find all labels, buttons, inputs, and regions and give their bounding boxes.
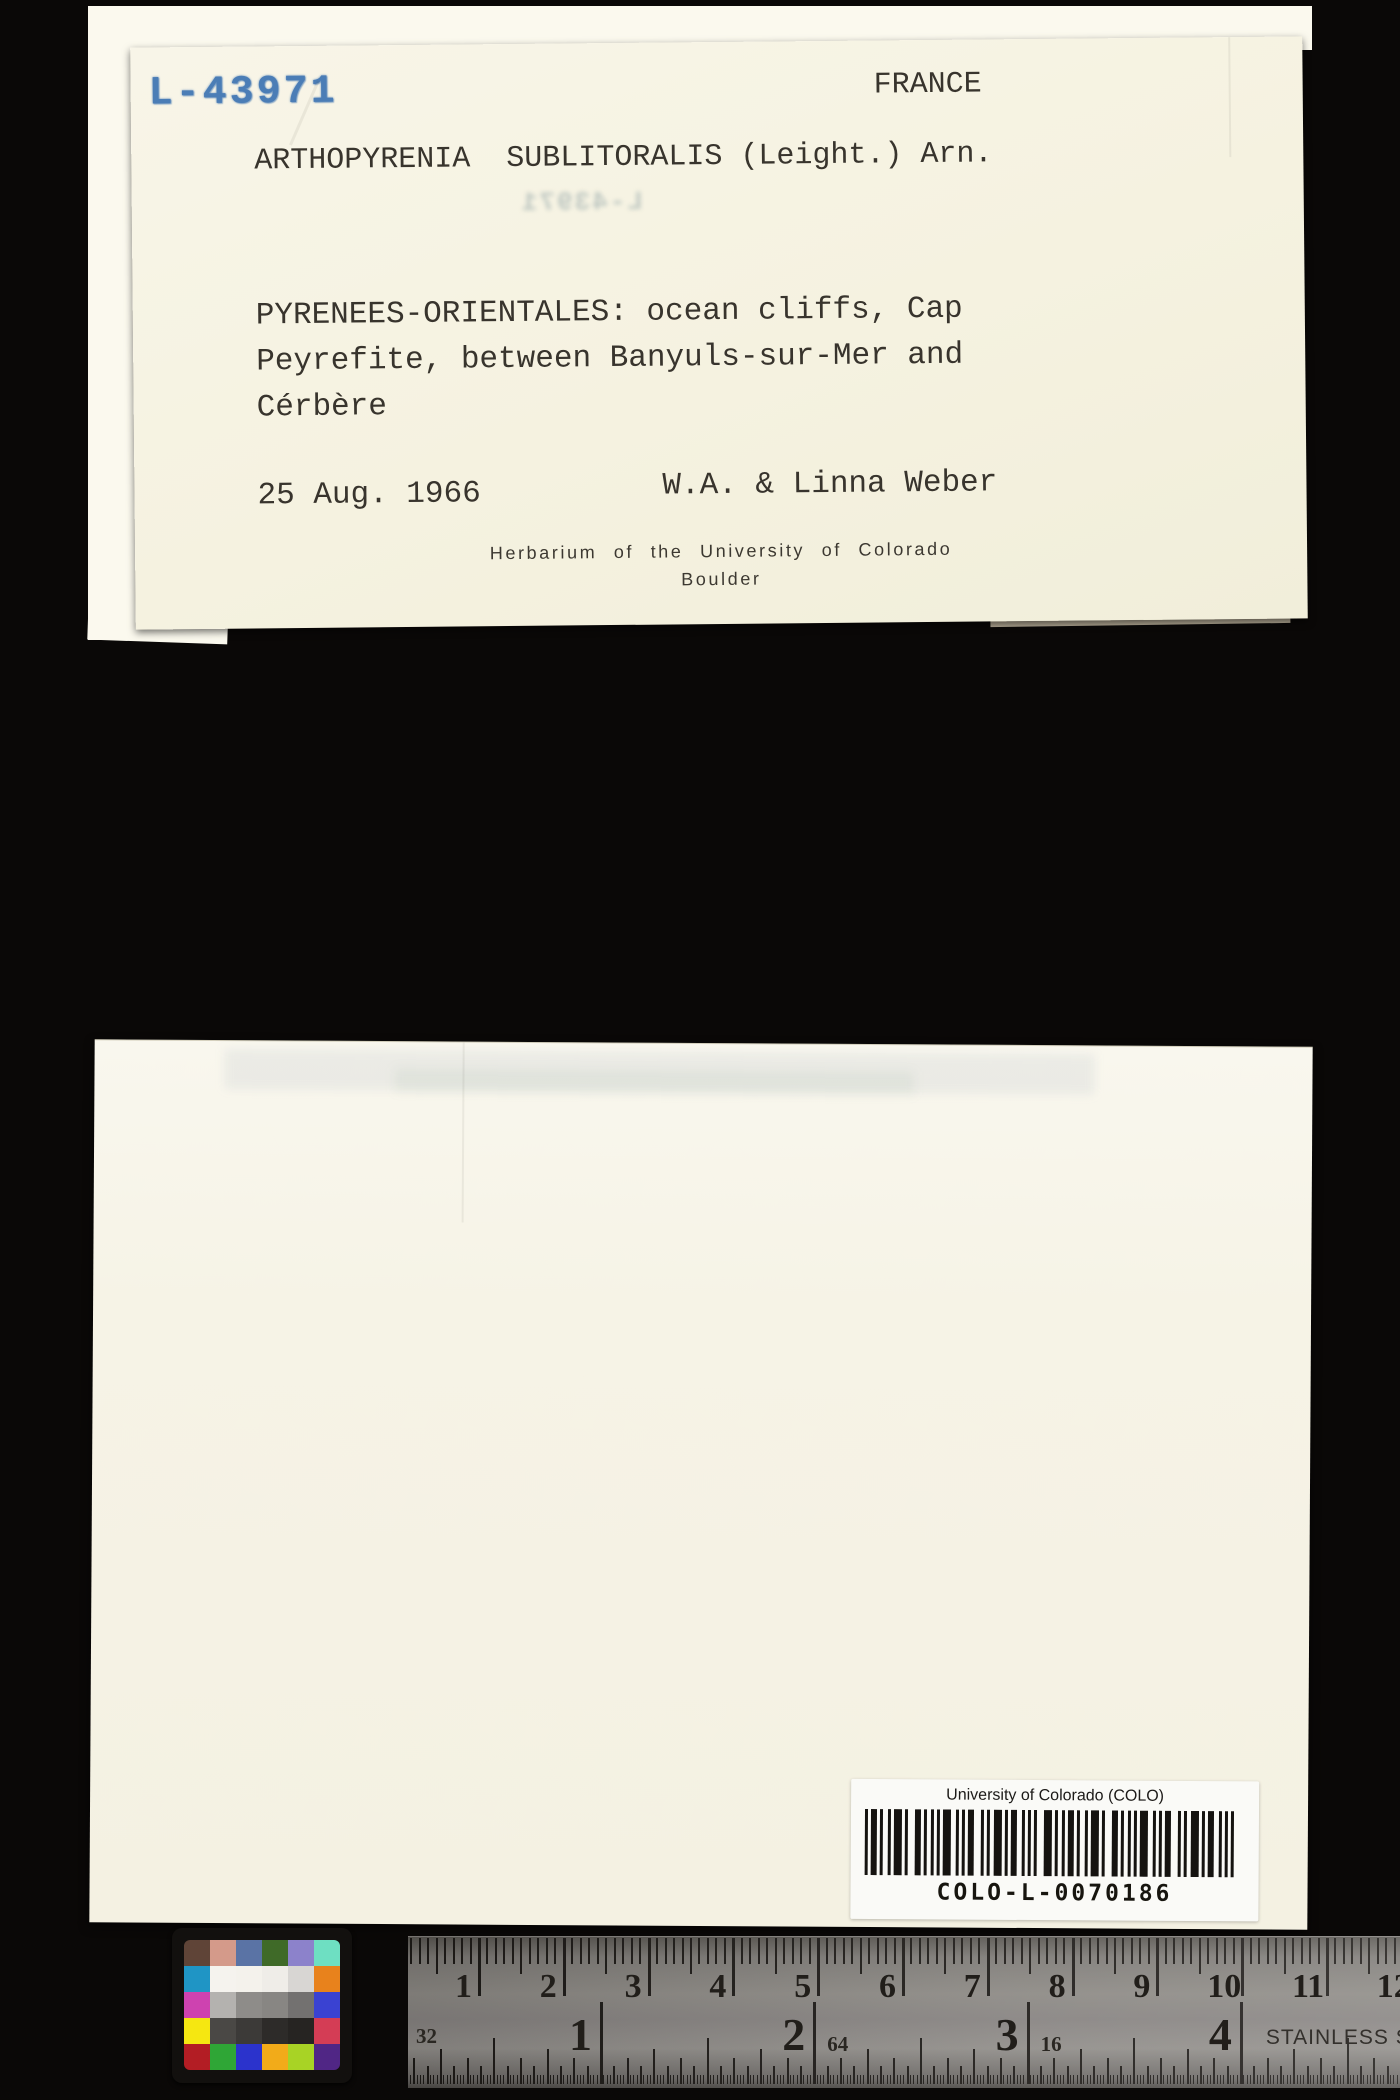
barcode-bar: [1011, 1810, 1017, 1876]
ruler-tick: [750, 2075, 751, 2084]
ruler-tick: [780, 2075, 781, 2084]
ruler-tick: [883, 2075, 884, 2084]
barcode-bar: [1159, 1811, 1162, 1877]
ruler-tick: [1292, 1938, 1294, 1964]
ruler-tick: [1139, 1938, 1141, 1964]
ruler-tick: [843, 2075, 844, 2084]
barcode-icon: [865, 1809, 1245, 1877]
ruler-tick: [893, 2058, 895, 2084]
ruler-tick: [860, 2075, 861, 2084]
ruler-tick: [663, 2075, 664, 2084]
steel-ruler: 1234567891011121234326416STAINLESS STEEL: [408, 1936, 1400, 2088]
barcode-bar: [1202, 1811, 1205, 1877]
ruler-tick: [837, 2075, 838, 2084]
ruler-tick: [1080, 2049, 1082, 2084]
ruler-tick: [1263, 2075, 1264, 2084]
ruler-tick: [967, 2075, 968, 2084]
ruler-tick: [867, 2049, 869, 2084]
barcode-bar: [968, 1810, 974, 1876]
barcode-bar: [1134, 1811, 1137, 1877]
ruler-tick: [1110, 2075, 1111, 2084]
barcode-bar: [981, 1810, 984, 1876]
ruler-tick: [1027, 2075, 1028, 2084]
ruler-tick: [1029, 1938, 1031, 1974]
ruler-tick: [677, 2075, 678, 2084]
ruler-tick: [1033, 2075, 1034, 2084]
ruler-tick: [1077, 2075, 1078, 2084]
ruler-tick: [840, 2075, 841, 2084]
color-patch: [236, 2044, 262, 2070]
ruler-tick: [851, 1938, 853, 1964]
ruler-tick: [593, 2075, 594, 2084]
ruler-tick: [607, 2075, 608, 2084]
ruler-tick: [503, 2075, 504, 2084]
ruler-tick: [843, 1938, 845, 1964]
ruler-tick: [1363, 2075, 1364, 2084]
ruler-tick: [1043, 2075, 1044, 2084]
ruler-cm-number: 4: [698, 1968, 726, 2006]
ruler-tick: [993, 2075, 994, 2084]
ruler-tick: [937, 2075, 938, 2084]
barcode-bar: [905, 1809, 908, 1875]
ruler-tick: [1097, 2075, 1098, 2084]
ruler-tick: [573, 2075, 574, 2084]
ruler-tick: [1017, 2075, 1018, 2084]
ruler-tick: [520, 2075, 521, 2084]
ruler-tick: [1350, 2075, 1351, 2084]
ruler-tick: [1050, 2075, 1051, 2084]
ruler-tick: [743, 2075, 744, 2084]
ruler-cm-number: 12: [1377, 1968, 1400, 2006]
ruler-tick: [419, 1938, 421, 1964]
ruler-tick: [1073, 2075, 1074, 2084]
ruler-tick: [1280, 2066, 1282, 2084]
ruler-tick: [1106, 1938, 1108, 1964]
ruler-tick: [775, 1938, 777, 1974]
ruler-tick: [461, 1938, 463, 1964]
barcode-bar: [956, 1810, 959, 1876]
ruler-tick: [1387, 2066, 1389, 2084]
barcode-bar: [962, 1810, 965, 1876]
ruler-tick: [1267, 1938, 1269, 1964]
ruler-fraction-label: 16: [1041, 2032, 1062, 2057]
ruler-tick: [637, 2075, 638, 2084]
ruler-tick: [603, 2075, 604, 2084]
ruler-tick: [847, 2075, 848, 2084]
ruler-tick: [1203, 2075, 1204, 2084]
ruler-tick: [530, 2075, 531, 2084]
barcode-bar: [943, 1809, 951, 1875]
ruler-tick: [1133, 2075, 1134, 2084]
envelope-crease: [462, 1043, 465, 1223]
ruler-tick: [460, 2075, 461, 2084]
barcode-bar: [1055, 1810, 1058, 1876]
ruler-tick: [1357, 2075, 1358, 2084]
ruler-tick: [497, 2075, 498, 2084]
ruler-tick: [1360, 1938, 1362, 1964]
ruler-tick: [1267, 2058, 1269, 2084]
ruler-tick: [1173, 1938, 1175, 1964]
ruler-tick: [1213, 2075, 1214, 2084]
ruler-tick: [523, 2075, 524, 2084]
ruler-tick: [1380, 2075, 1381, 2084]
ruler-tick: [707, 2075, 708, 2084]
color-patch: [210, 1992, 236, 2018]
ruler-tick: [741, 1938, 743, 1964]
ruler-tick: [507, 2066, 509, 2084]
color-patch: [262, 2018, 288, 2044]
ruler-tick: [1163, 2075, 1164, 2084]
ruler-tick: [723, 2075, 724, 2084]
ruler-tick: [1010, 2075, 1011, 2084]
ruler-tick: [753, 2075, 754, 2084]
ruler-tick: [840, 2058, 842, 2084]
collection-date: 25 Aug. 1966: [257, 476, 481, 513]
ruler-tick: [547, 2049, 549, 2084]
ruler-tick: [1283, 2075, 1284, 2084]
ruler-tick: [543, 2075, 544, 2084]
ruler-tick: [827, 2066, 829, 2084]
ruler-tick: [947, 2058, 949, 2084]
ruler-tick: [597, 2075, 598, 2084]
card-crease-right: [1228, 37, 1231, 157]
ruler-tick: [950, 2075, 951, 2084]
ruler-tick: [770, 2075, 771, 2084]
ruler-tick: [868, 1938, 870, 1964]
ruler-tick: [813, 2002, 816, 2084]
ruler-tick: [1390, 2075, 1391, 2084]
ruler-tick: [1087, 2075, 1088, 2084]
color-patch: [288, 1940, 314, 1966]
ruler-tick: [453, 2066, 455, 2084]
ruler-tick: [907, 2066, 909, 2084]
ruler-tick: [827, 2075, 828, 2084]
ruler-tick: [1046, 1938, 1048, 1964]
ruler-tick: [473, 2075, 474, 2084]
ruler-tick: [809, 1938, 811, 1964]
ruler-tick: [1140, 2075, 1141, 2084]
ruler-tick: [823, 2075, 824, 2084]
ruler-tick: [783, 1938, 785, 1964]
color-patch: [184, 1966, 210, 1992]
ruler-tick: [1217, 2075, 1218, 2084]
ruler-tick: [1394, 1938, 1396, 1964]
ruler-tick: [1260, 2075, 1261, 2084]
ruler-cm-number: 1: [444, 1968, 472, 2006]
barcode-bar: [915, 1809, 921, 1875]
ruler-tick: [613, 2075, 614, 2084]
color-patch: [288, 2018, 314, 2044]
ruler-tick: [850, 2075, 851, 2084]
ruler-tick: [1397, 2075, 1398, 2084]
ruler-tick: [1317, 2075, 1318, 2084]
ruler-tick: [483, 2075, 484, 2084]
ruler-tick: [550, 2075, 551, 2084]
barcode-bar: [1140, 1811, 1148, 1877]
ruler-tick: [480, 2066, 482, 2084]
ruler-tick: [978, 1938, 980, 1964]
ruler-tick: [533, 2075, 534, 2084]
ruler-tick: [577, 2075, 578, 2084]
ruler-tick: [1063, 1938, 1065, 1964]
ruler-tick: [1237, 2075, 1238, 2084]
barcode-bar: [1112, 1811, 1118, 1877]
ruler-tick: [547, 2075, 548, 2084]
ruler-tick: [923, 2075, 924, 2084]
ruler-tick: [707, 2038, 709, 2084]
ruler-tick: [1080, 2075, 1081, 2084]
ruler-tick: [1020, 2075, 1021, 2084]
ruler-tick: [1167, 2075, 1168, 2084]
ruler-tick: [1360, 2066, 1362, 2084]
ruler-tick: [1089, 1938, 1091, 1964]
ruler-tick: [766, 1938, 768, 1964]
ruler-tick: [724, 1938, 726, 1964]
ruler-tick: [793, 2075, 794, 2084]
barcode-institution: University of Colorado (COLO): [851, 1786, 1259, 1806]
ruler-tick: [944, 1938, 946, 1974]
ruler-tick: [517, 2075, 518, 2084]
ruler-tick: [1387, 2075, 1388, 2084]
ruler-tick: [860, 1938, 862, 1974]
color-patch: [210, 2044, 236, 2070]
ruler-tick: [987, 1938, 990, 1996]
ruler-tick: [1323, 2075, 1324, 2084]
ruler-tick: [960, 2075, 961, 2084]
ruler-tick: [453, 2075, 454, 2084]
ruler-tick: [732, 1938, 735, 1996]
ruler-tick: [413, 2058, 415, 2084]
barcode-bar: [1184, 1811, 1187, 1877]
barcode-bar: [888, 1809, 891, 1875]
ruler-tick: [943, 2075, 944, 2084]
ruler-tick: [1177, 2075, 1178, 2084]
specimen-label-card: L-43971 FRANCE ARTHOPYRENIA SUBLITORALIS…: [130, 36, 1308, 629]
ruler-tick: [1000, 2075, 1001, 2084]
barcode-bar: [1091, 1810, 1099, 1876]
ruler-tick: [500, 2075, 501, 2084]
ruler-tick: [817, 2075, 818, 2084]
ruler-tick: [1300, 2075, 1301, 2084]
ruler-tick: [983, 2075, 984, 2084]
ruler-tick: [1337, 2075, 1338, 2084]
ruler-tick: [1293, 2049, 1295, 2084]
ruler-tick: [467, 2075, 468, 2084]
ruler-tick: [1190, 1938, 1192, 1964]
ruler-tick: [927, 2075, 928, 2084]
ruler-tick: [622, 1938, 624, 1964]
ruler-tick: [1241, 1938, 1244, 1996]
ruler-tick: [773, 2075, 774, 2084]
ruler-inch-number: 2: [769, 2008, 805, 2061]
ruler-tick: [1320, 2058, 1322, 2084]
ruler-tick: [687, 2075, 688, 2084]
ruler-tick: [787, 2075, 788, 2084]
ruler-tick: [1290, 2075, 1291, 2084]
ruler-tick: [758, 1938, 760, 1964]
ruler-tick: [557, 2075, 558, 2084]
ruler-tick: [693, 2075, 694, 2084]
ruler-tick: [1070, 2075, 1071, 2084]
ruler-tick: [920, 2075, 921, 2084]
ruler-cm-number: 10: [1207, 1968, 1235, 2006]
ruler-tick: [427, 2066, 429, 2084]
barcode-bar: [1077, 1810, 1080, 1876]
ruler-tick: [1040, 2066, 1042, 2084]
barcode-bar: [1208, 1811, 1214, 1877]
ruler-tick: [747, 2075, 748, 2084]
ruler-tick: [783, 2075, 784, 2084]
ruler-tick: [833, 2075, 834, 2084]
color-patch: [314, 1940, 340, 1966]
ruler-tick: [683, 2075, 684, 2084]
ruler-tick: [417, 2075, 418, 2084]
color-patch: [210, 1940, 236, 1966]
ruler-tick: [510, 2075, 511, 2084]
ruler-tick: [633, 2075, 634, 2084]
ruler-tick: [1373, 2058, 1375, 2084]
ruler-tick: [1080, 1938, 1082, 1964]
ruler-tick: [639, 1938, 641, 1964]
ruler-tick: [933, 2066, 935, 2084]
ruler-tick: [1170, 2075, 1171, 2084]
ruler-tick: [588, 1938, 590, 1964]
ruler-tick: [927, 1938, 929, 1964]
ruler-tick: [1021, 1938, 1023, 1964]
ruler-fraction-label: 64: [827, 2032, 848, 2057]
color-patch: [236, 1940, 262, 1966]
ruler-tick: [1370, 2075, 1371, 2084]
ruler-tick: [897, 2075, 898, 2084]
ruler-tick: [470, 1938, 472, 1964]
ruler-tick: [423, 2075, 424, 2084]
ruler-tick: [1143, 2075, 1144, 2084]
ruler-tick: [880, 2066, 882, 2084]
ruler-tick: [1000, 2058, 1002, 2084]
ruler-tick: [1055, 1938, 1057, 1964]
ruler-tick: [970, 2075, 971, 2084]
ruler-tick: [1160, 2058, 1162, 2084]
ruler-tick: [1334, 1938, 1336, 1964]
ruler-tick: [733, 2058, 735, 2084]
ruler-tick: [1377, 1938, 1379, 1964]
ruler-tick: [1123, 2075, 1124, 2084]
ruler-tick: [1353, 2075, 1354, 2084]
barcode-bar: [1044, 1810, 1052, 1876]
herbarium-imprint-line2: Boulder: [135, 563, 1307, 595]
ruler-tick: [529, 1938, 531, 1964]
ruler-tick: [436, 1938, 438, 1974]
ruler-tick: [430, 2075, 431, 2084]
ruler-tick: [680, 2058, 682, 2084]
ruler-tick: [554, 1938, 556, 1964]
ruler-tick: [800, 2075, 801, 2084]
ruler-tick: [870, 2075, 871, 2084]
ruler-cm-number: 9: [1122, 1968, 1150, 2006]
country-label: FRANCE: [873, 67, 981, 102]
ruler-tick: [631, 1938, 633, 1964]
ruler-tick: [715, 1938, 717, 1964]
ruler-tick: [1093, 2066, 1095, 2084]
herbarium-imprint-line1: Herbarium of the University of Colorado: [135, 535, 1307, 567]
barcode-bar: [1219, 1811, 1222, 1877]
ruler-tick: [1007, 2075, 1008, 2084]
color-patch: [288, 1966, 314, 1992]
ruler-inch-number: 4: [1196, 2008, 1232, 2061]
color-patch: [184, 1992, 210, 2018]
ruler-tick: [1200, 2075, 1201, 2084]
ruler-tick: [487, 2075, 488, 2084]
ruler-tick: [961, 1938, 963, 1964]
ruler-tick: [790, 2075, 791, 2084]
ruler-tick: [1053, 2075, 1054, 2084]
ruler-tick: [763, 2075, 764, 2084]
color-patch: [288, 2044, 314, 2070]
ruler-tick: [1137, 2075, 1138, 2084]
ruler-tick: [797, 2075, 798, 2084]
ruler-tick: [640, 2075, 641, 2084]
ruler-tick: [1023, 2075, 1024, 2084]
ruler-tick: [563, 2075, 564, 2084]
ruler-tick: [710, 2075, 711, 2084]
ruler-tick: [1182, 1938, 1184, 1964]
ruler-tick: [834, 1938, 836, 1964]
ruler-tick: [997, 2075, 998, 2084]
ruler-tick: [413, 2075, 414, 2084]
barcode-bar: [937, 1809, 940, 1875]
ruler-tick: [803, 2075, 804, 2084]
ruler-tick: [1013, 2075, 1014, 2084]
ruler-tick: [512, 1938, 514, 1964]
ruler-tick: [493, 2075, 494, 2084]
ruler-tick: [1301, 1938, 1303, 1964]
ruler-tick: [1243, 2075, 1244, 2084]
ruler-tick: [1340, 2075, 1341, 2084]
ruler-tick: [453, 1938, 455, 1964]
ruler-tick: [1333, 2066, 1335, 2084]
ruler-tick: [1173, 2075, 1174, 2084]
ruler-tick: [1040, 2075, 1041, 2084]
ruler-tick: [1227, 2075, 1228, 2084]
ruler-tick: [733, 2075, 734, 2084]
barcode-bar: [924, 1809, 927, 1875]
ruler-tick: [1183, 2075, 1184, 2084]
ruler-tick: [960, 2066, 962, 2084]
ruler-tick: [817, 1938, 820, 1996]
ruler-tick: [1330, 2075, 1331, 2084]
ruler-tick: [1180, 2075, 1181, 2084]
ruler-tick: [760, 2049, 762, 2084]
ruler-tick: [1368, 1938, 1370, 1974]
ruler-tick: [1120, 2075, 1121, 2084]
ruler-tick: [977, 2075, 978, 2084]
ruler-cm-number: 6: [868, 1968, 896, 2006]
ruler-tick: [520, 2058, 522, 2084]
ruler-tick: [1122, 1938, 1124, 1964]
ruler-tick: [537, 2075, 538, 2084]
ghost-stamp-offset: L-43971: [520, 187, 644, 218]
ruler-tick: [1113, 2075, 1114, 2084]
ruler-tick: [1326, 1938, 1329, 1996]
ruler-tick: [1280, 2075, 1281, 2084]
ruler-tick: [1227, 2066, 1229, 2084]
ruler-tick: [1224, 1938, 1226, 1964]
ruler-tick: [1307, 2075, 1308, 2084]
ruler-tick: [600, 2002, 603, 2084]
ruler-tick: [690, 1938, 692, 1974]
taxon-line: ARTHOPYRENIA SUBLITORALIS (Leight.) Arn.: [254, 137, 992, 178]
ruler-tick: [437, 2075, 438, 2084]
